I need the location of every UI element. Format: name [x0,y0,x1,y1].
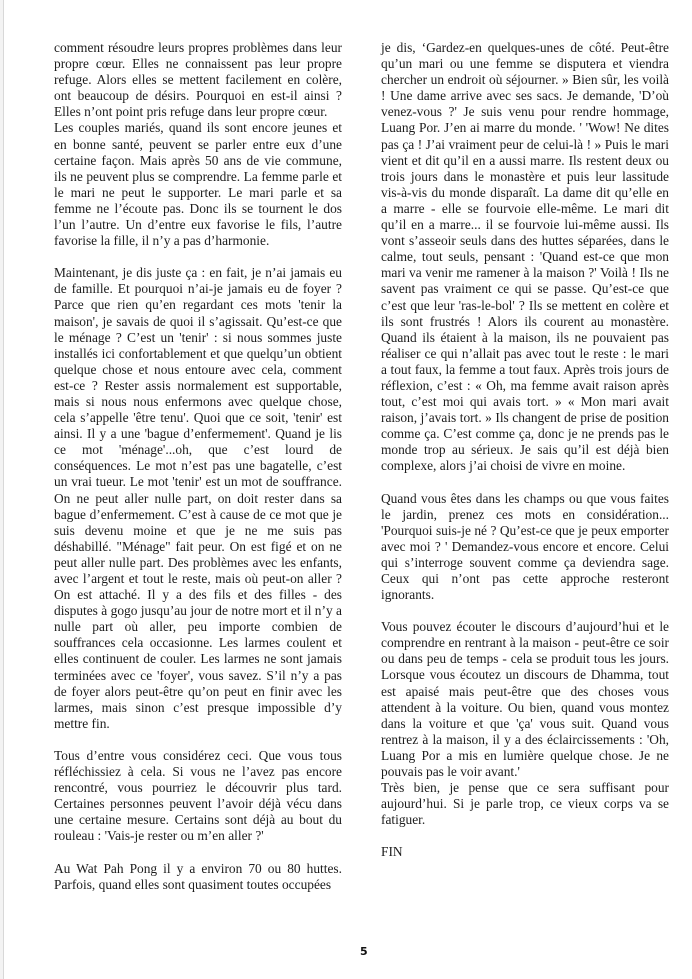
right-column: je dis, ‘Gardez-en quelques-unes de côté… [381,40,669,877]
page-number: 5 [360,945,368,958]
paragraph: comment résoudre leurs propres problèmes… [54,40,342,120]
paragraph: Très bien, je pense que ce sera suffisan… [381,780,669,828]
paragraph: Maintenant, je dis juste ça : en fait, j… [54,265,342,732]
paragraph: je dis, ‘Gardez-en quelques-unes de côté… [381,40,669,475]
page-edge [0,0,4,979]
paragraph: Les couples mariés, quand ils sont encor… [54,120,342,249]
paragraph: Vous pouvez écouter le discours d’aujour… [381,619,669,780]
left-column: comment résoudre leurs propres problèmes… [54,40,342,909]
end-marker: FIN [381,844,669,860]
paragraph: Quand vous êtes dans les champs ou que v… [381,491,669,604]
paragraph: Tous d’entre vous considérez ceci. Que v… [54,748,342,845]
paragraph: Au Wat Pah Pong il y a environ 70 ou 80 … [54,861,342,893]
